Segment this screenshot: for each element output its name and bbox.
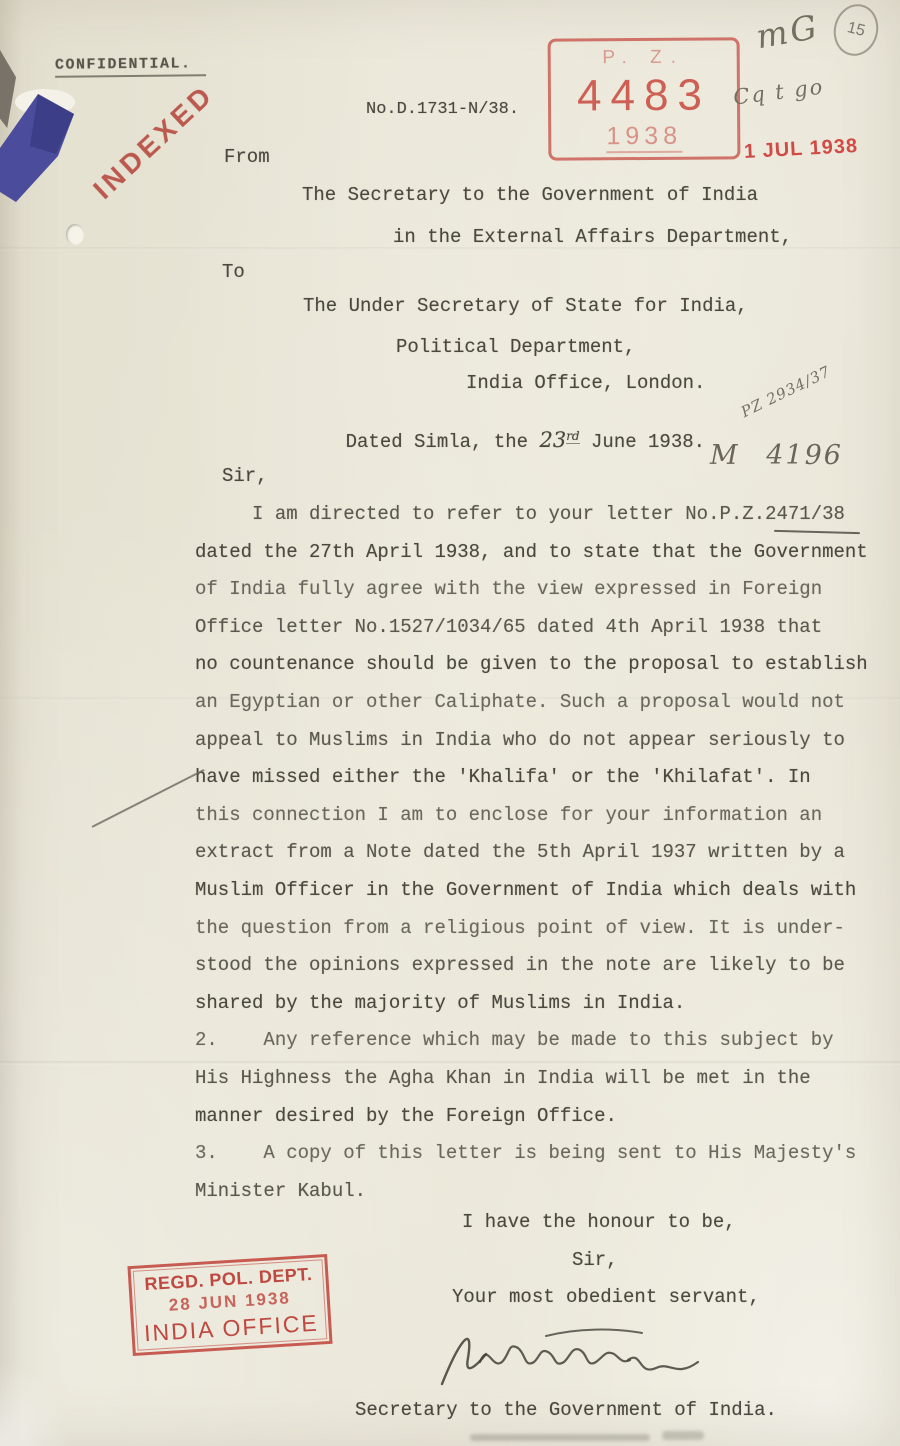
body-line: Minister Kabul. <box>195 1173 895 1211</box>
to-address-line: The Under Secretary of State for India, <box>303 295 748 317</box>
paper-fold <box>0 1360 70 1446</box>
indexed-stamp: INDEXED <box>87 78 220 205</box>
date-day-handwritten: 23 <box>539 428 566 452</box>
body-line: Muslim Officer in the Government of Indi… <box>195 872 895 910</box>
body-line: appeal to Muslims in India who do not ap… <box>195 722 895 760</box>
pz-stamp-prefix: P. Z. <box>602 47 685 70</box>
date-ordinal-handwritten: rd <box>566 429 579 444</box>
body-line: the question from a religious point of v… <box>195 910 895 948</box>
body-line: of India fully agree with the view expre… <box>195 571 895 609</box>
pencil-file-reference: PZ 2934/37 <box>738 362 834 421</box>
body-line: no countenance should be given to the pr… <box>195 646 895 684</box>
valediction-line: Sir, <box>572 1249 618 1271</box>
pencil-annotation-note: Cq t go <box>732 75 826 110</box>
signer-title: Secretary to the Government of India. <box>355 1399 777 1421</box>
to-label: To <box>222 261 245 283</box>
pencil-number-reference: M 4196 <box>710 440 843 471</box>
salutation: Sir, <box>222 465 268 487</box>
body-line: an Egyptian or other Caliphate. Such a p… <box>195 684 895 722</box>
pz-registry-stamp: P. Z. 4483 1938 <box>548 37 741 160</box>
pz-stamp-number: 4483 <box>577 70 711 121</box>
registry-stamp-inner-border: REGD. POL. DEPT. 28 JUN 1938 INDIA OFFIC… <box>133 1259 328 1350</box>
body-line: I am directed to refer to your letter No… <box>195 496 895 534</box>
body-line: this connection I am to enclose for your… <box>195 797 895 835</box>
from-label: From <box>224 146 270 168</box>
pencil-margin-mark <box>92 769 205 828</box>
blue-ribbon <box>0 88 95 223</box>
signature <box>428 1316 718 1403</box>
date-prefix: Dated Simla, the <box>346 431 540 453</box>
folio-number: 15 <box>828 0 883 61</box>
body-line: shared by the majority of Muslims in Ind… <box>195 985 895 1023</box>
scanned-letter-page: CONFIDENTIAL. INDEXED No.D.1731-N/38. P.… <box>0 0 900 1446</box>
body-line: dated the 27th April 1938, and to state … <box>195 534 895 572</box>
valediction-line: I have the honour to be, <box>462 1211 736 1233</box>
classification-stamp: CONFIDENTIAL. <box>55 55 206 78</box>
body-line: extract from a Note dated the 5th April … <box>195 834 895 872</box>
punch-hole <box>66 224 84 245</box>
pz-stamp-year: 1938 <box>606 122 682 154</box>
to-address-line: Political Department, <box>396 336 635 358</box>
to-address-line: India Office, London. <box>466 372 705 394</box>
pencil-annotation-initials: mG <box>753 7 822 56</box>
body-line: 2. Any reference which may be made to th… <box>195 1022 895 1060</box>
from-address-line: The Secretary to the Government of India <box>302 184 758 206</box>
reference-number: No.D.1731-N/38. <box>366 100 519 119</box>
from-address-line: in the External Affairs Department, <box>393 226 792 248</box>
body-line: have missed either the 'Khalifa' or the … <box>195 759 895 797</box>
india-office-registry-stamp: REGD. POL. DEPT. 28 JUN 1938 INDIA OFFIC… <box>127 1254 332 1356</box>
body-line: 3. A copy of this letter is being sent t… <box>195 1135 895 1173</box>
cutoff-text-smudge <box>662 1431 704 1440</box>
body-line: manner desired by the Foreign Office. <box>195 1098 895 1136</box>
body-line: Office letter No.1527/1034/65 dated 4th … <box>195 609 895 647</box>
received-date-stamp: 1 JUL 1938 <box>743 135 858 164</box>
body-line: stood the opinions expressed in the note… <box>195 947 895 985</box>
date-line: Dated Simla, the 23rd June 1938. <box>300 406 705 475</box>
folio-number-text: 15 <box>845 19 867 41</box>
cutoff-text-smudge <box>470 1434 650 1441</box>
letter-body: I am directed to refer to your letter No… <box>195 496 895 1210</box>
body-line: His Highness the Agha Khan in India will… <box>195 1060 895 1098</box>
valediction-line: Your most obedient servant, <box>452 1286 760 1308</box>
date-suffix: June 1938. <box>580 431 705 453</box>
